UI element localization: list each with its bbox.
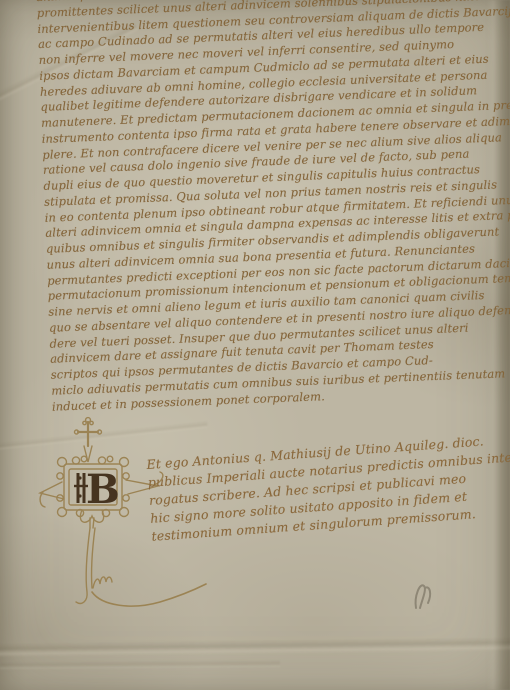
- main-text-block: animo ipsorum unius ad promittentes scil…: [36, 0, 504, 415]
- ink-smudge: [406, 576, 442, 616]
- cross-icon: [75, 418, 102, 462]
- parchment-page: animo ipsorum unius ad promittentes scil…: [0, 0, 510, 690]
- notary-monogram: B: [74, 466, 120, 513]
- notary-monogram-letter: B: [86, 466, 120, 513]
- fold-crease-horizontal-bottom-faint: [0, 659, 280, 670]
- fold-crease-horizontal-bottom: [0, 637, 510, 657]
